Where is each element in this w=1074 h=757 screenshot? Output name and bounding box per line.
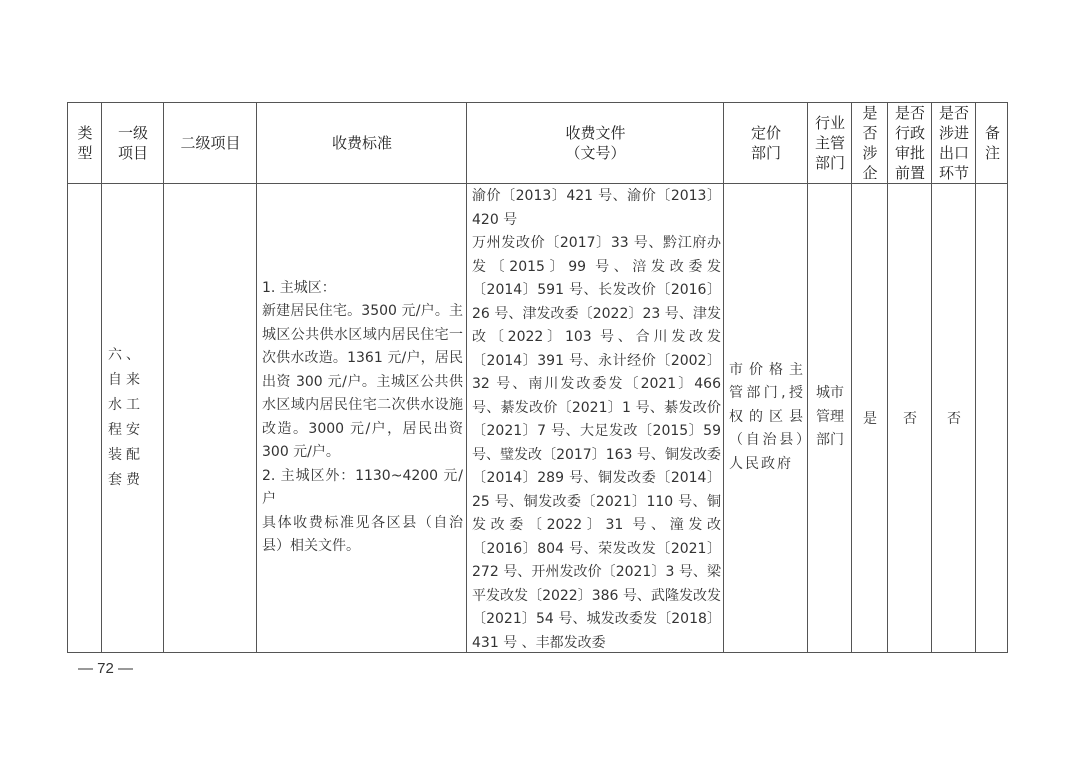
standard-line: 2. 主城区外：1130~4200 元/户 [262, 465, 463, 512]
cell-level1: 六、自来水工程安装配套费 [102, 183, 164, 652]
header-type: 类 型 [68, 103, 102, 183]
header-industry-dept: 行业 主管 部门 [808, 103, 852, 183]
header-involves-enterprise: 是 否 涉 企 [852, 103, 888, 183]
cell-level2 [164, 183, 257, 652]
standard-line: 新建居民住宅。3500 元/户。主城区公共供水区域内居民住宅一次供水改造。136… [262, 300, 463, 465]
header-standard: 收费标准 [257, 103, 467, 183]
cell-involves-enterprise: 是 [852, 183, 888, 652]
standard-line: 1. 主城区： [262, 277, 463, 301]
header-pricing-dept: 定价 部门 [724, 103, 808, 183]
cell-standard: 1. 主城区： 新建居民住宅。3500 元/户。主城区公共供水区域内居民住宅一次… [257, 183, 467, 652]
cell-pricing-dept: 市价格主管部门,授权的区县（自治县）人民政府 [724, 183, 808, 652]
cell-remarks [976, 183, 1009, 652]
header-remarks: 备 注 [976, 103, 1009, 183]
header-document: 收费文件 （文号） [467, 103, 724, 183]
cell-type [68, 183, 102, 652]
header-admin-approval: 是否 行政 审批 前置 [888, 103, 932, 183]
cell-admin-approval: 否 [888, 183, 932, 652]
header-import-export: 是否 涉进 出口 环节 [932, 103, 976, 183]
header-level2: 二级项目 [164, 103, 257, 183]
cell-document: 渝价〔2013〕421 号、渝价〔2013〕420 号 万州发改价〔2017〕3… [467, 183, 724, 652]
document-line: 万州发改价〔2017〕33 号、黔江府办发〔2015〕99 号、涪发改委发〔20… [472, 232, 721, 652]
header-level1: 一级 项目 [102, 103, 164, 183]
cell-import-export: 否 [932, 183, 976, 652]
fee-table: 类 型 一级 项目 二级项目 收费标准 收费文件 （文号） 定价 部门 行业 主… [67, 102, 1008, 653]
cell-industry-dept: 城市 管理 部门 [808, 183, 852, 652]
standard-line: 具体收费标准见各区县（自治县）相关文件。 [262, 512, 463, 559]
page-number: — 72 — [78, 660, 133, 677]
document-line: 渝价〔2013〕421 号、渝价〔2013〕420 号 [472, 185, 721, 232]
